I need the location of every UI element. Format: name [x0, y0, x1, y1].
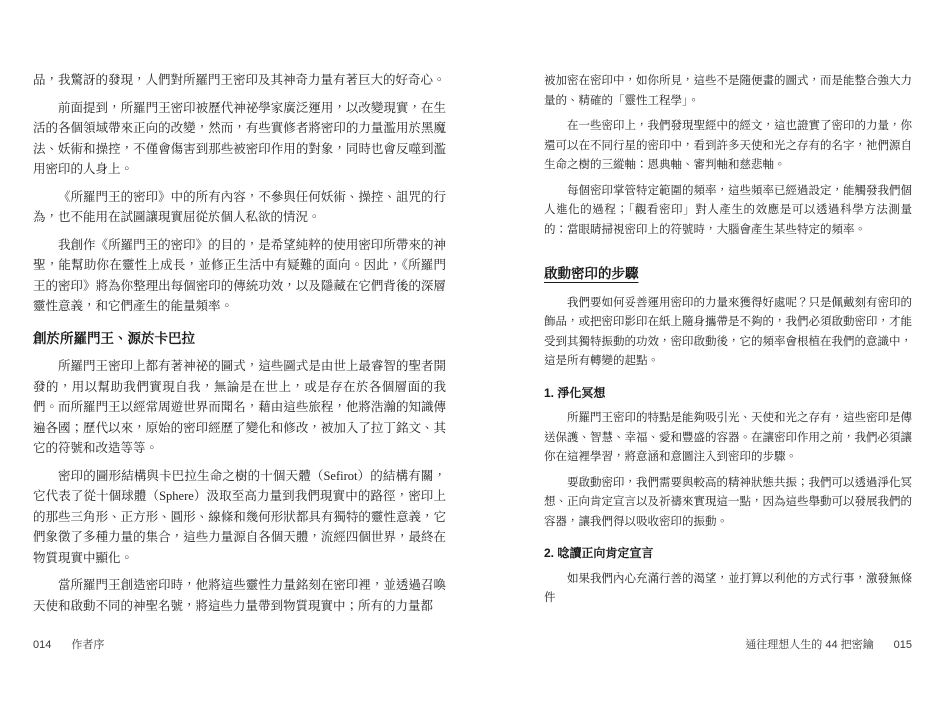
paragraph: 品，我驚訝的發現，人們對所羅門王密印及其神奇力量有著巨大的好奇心。: [33, 70, 446, 91]
page-left: 品，我驚訝的發現，人們對所羅門王密印及其神奇力量有著巨大的好奇心。前面提到，所羅…: [0, 0, 469, 718]
paragraph: 所羅門王密印的特點是能夠吸引光、天使和光之存有，這些密印是傳送保護、智慧、幸福、…: [544, 409, 912, 468]
page-right-text-column: 被加密在密印中，如你所見，這些不是隨便畫的圖式，而是能整合強大力量的、精確的「靈…: [544, 72, 912, 609]
section-heading: 2. 唸讀正向肯定宣言: [544, 544, 912, 564]
paragraph: 所羅門王密印上都有著神祕的圖式，這些圖式是由世上最睿智的聖者開發的，用以幫助我們…: [33, 356, 446, 459]
paragraph: 如果我們內心充滿行善的渴望，並打算以利他的方式行事，激發無條件: [544, 570, 912, 609]
paragraph: 《所羅門王的密印》中的所有內容，不參與任何妖術、操控、詛咒的行為，也不能用在試圖…: [33, 187, 446, 228]
page-number-right: 015: [894, 639, 912, 651]
page-number-left: 014: [33, 639, 51, 651]
page-left-text-column: 品，我驚訝的發現，人們對所羅門王密印及其神奇力量有著巨大的好奇心。前面提到，所羅…: [33, 70, 446, 616]
paragraph: 前面提到，所羅門王密印被歷代神祕學家廣泛運用，以改變現實，在生活的各個領域帶來正…: [33, 98, 446, 180]
section-heading: 1. 淨化冥想: [544, 384, 912, 404]
book-spread: 品，我驚訝的發現，人們對所羅門王密印及其神奇力量有著巨大的好奇心。前面提到，所羅…: [0, 0, 938, 718]
paragraph: 密印的圖形結構與卡巴拉生命之樹的十個天體（Sefirot）的結構有關，它代表了從…: [33, 466, 446, 569]
paragraph: 被加密在密印中，如你所見，這些不是隨便畫的圖式，而是能整合強大力量的、精確的「靈…: [544, 72, 912, 111]
running-title-left: 作者序: [71, 639, 104, 651]
page-left-footer: 014作者序: [33, 636, 104, 652]
page-right-footer: 通往理想人生的 44 把密鑰015: [745, 636, 912, 652]
section-heading: 啟動密印的步驟: [544, 264, 912, 284]
paragraph: 我創作《所羅門王的密印》的目的，是希望純粹的使用密印所帶來的神聖，能幫助你在靈性…: [33, 235, 446, 317]
paragraph: 當所羅門王創造密印時，他將這些靈性力量銘刻在密印裡，並透過召喚天使和啟動不同的神…: [33, 575, 446, 616]
running-title-right: 通往理想人生的 44 把密鑰: [745, 639, 873, 651]
page-right: 被加密在密印中，如你所見，這些不是隨便畫的圖式，而是能整合強大力量的、精確的「靈…: [469, 0, 938, 718]
paragraph: 我們要如何妥善運用密印的力量來獲得好處呢？只是佩戴刻有密印的飾品，或把密印影印在…: [544, 294, 912, 372]
paragraph: 在一些密印上，我們發現聖經中的經文，這也證實了密印的力量，你還可以在不同行星的密…: [544, 117, 912, 176]
paragraph: 每個密印掌管特定範圍的頻率，這些頻率已經過設定，能觸發我們個人進化的過程；「觀看…: [544, 182, 912, 241]
paragraph: 要啟動密印，我們需要與較高的精神狀態共振；我們可以透過淨化冥想、正向肯定宣言以及…: [544, 474, 912, 533]
section-heading: 創於所羅門王、源於卡巴拉: [33, 329, 446, 350]
